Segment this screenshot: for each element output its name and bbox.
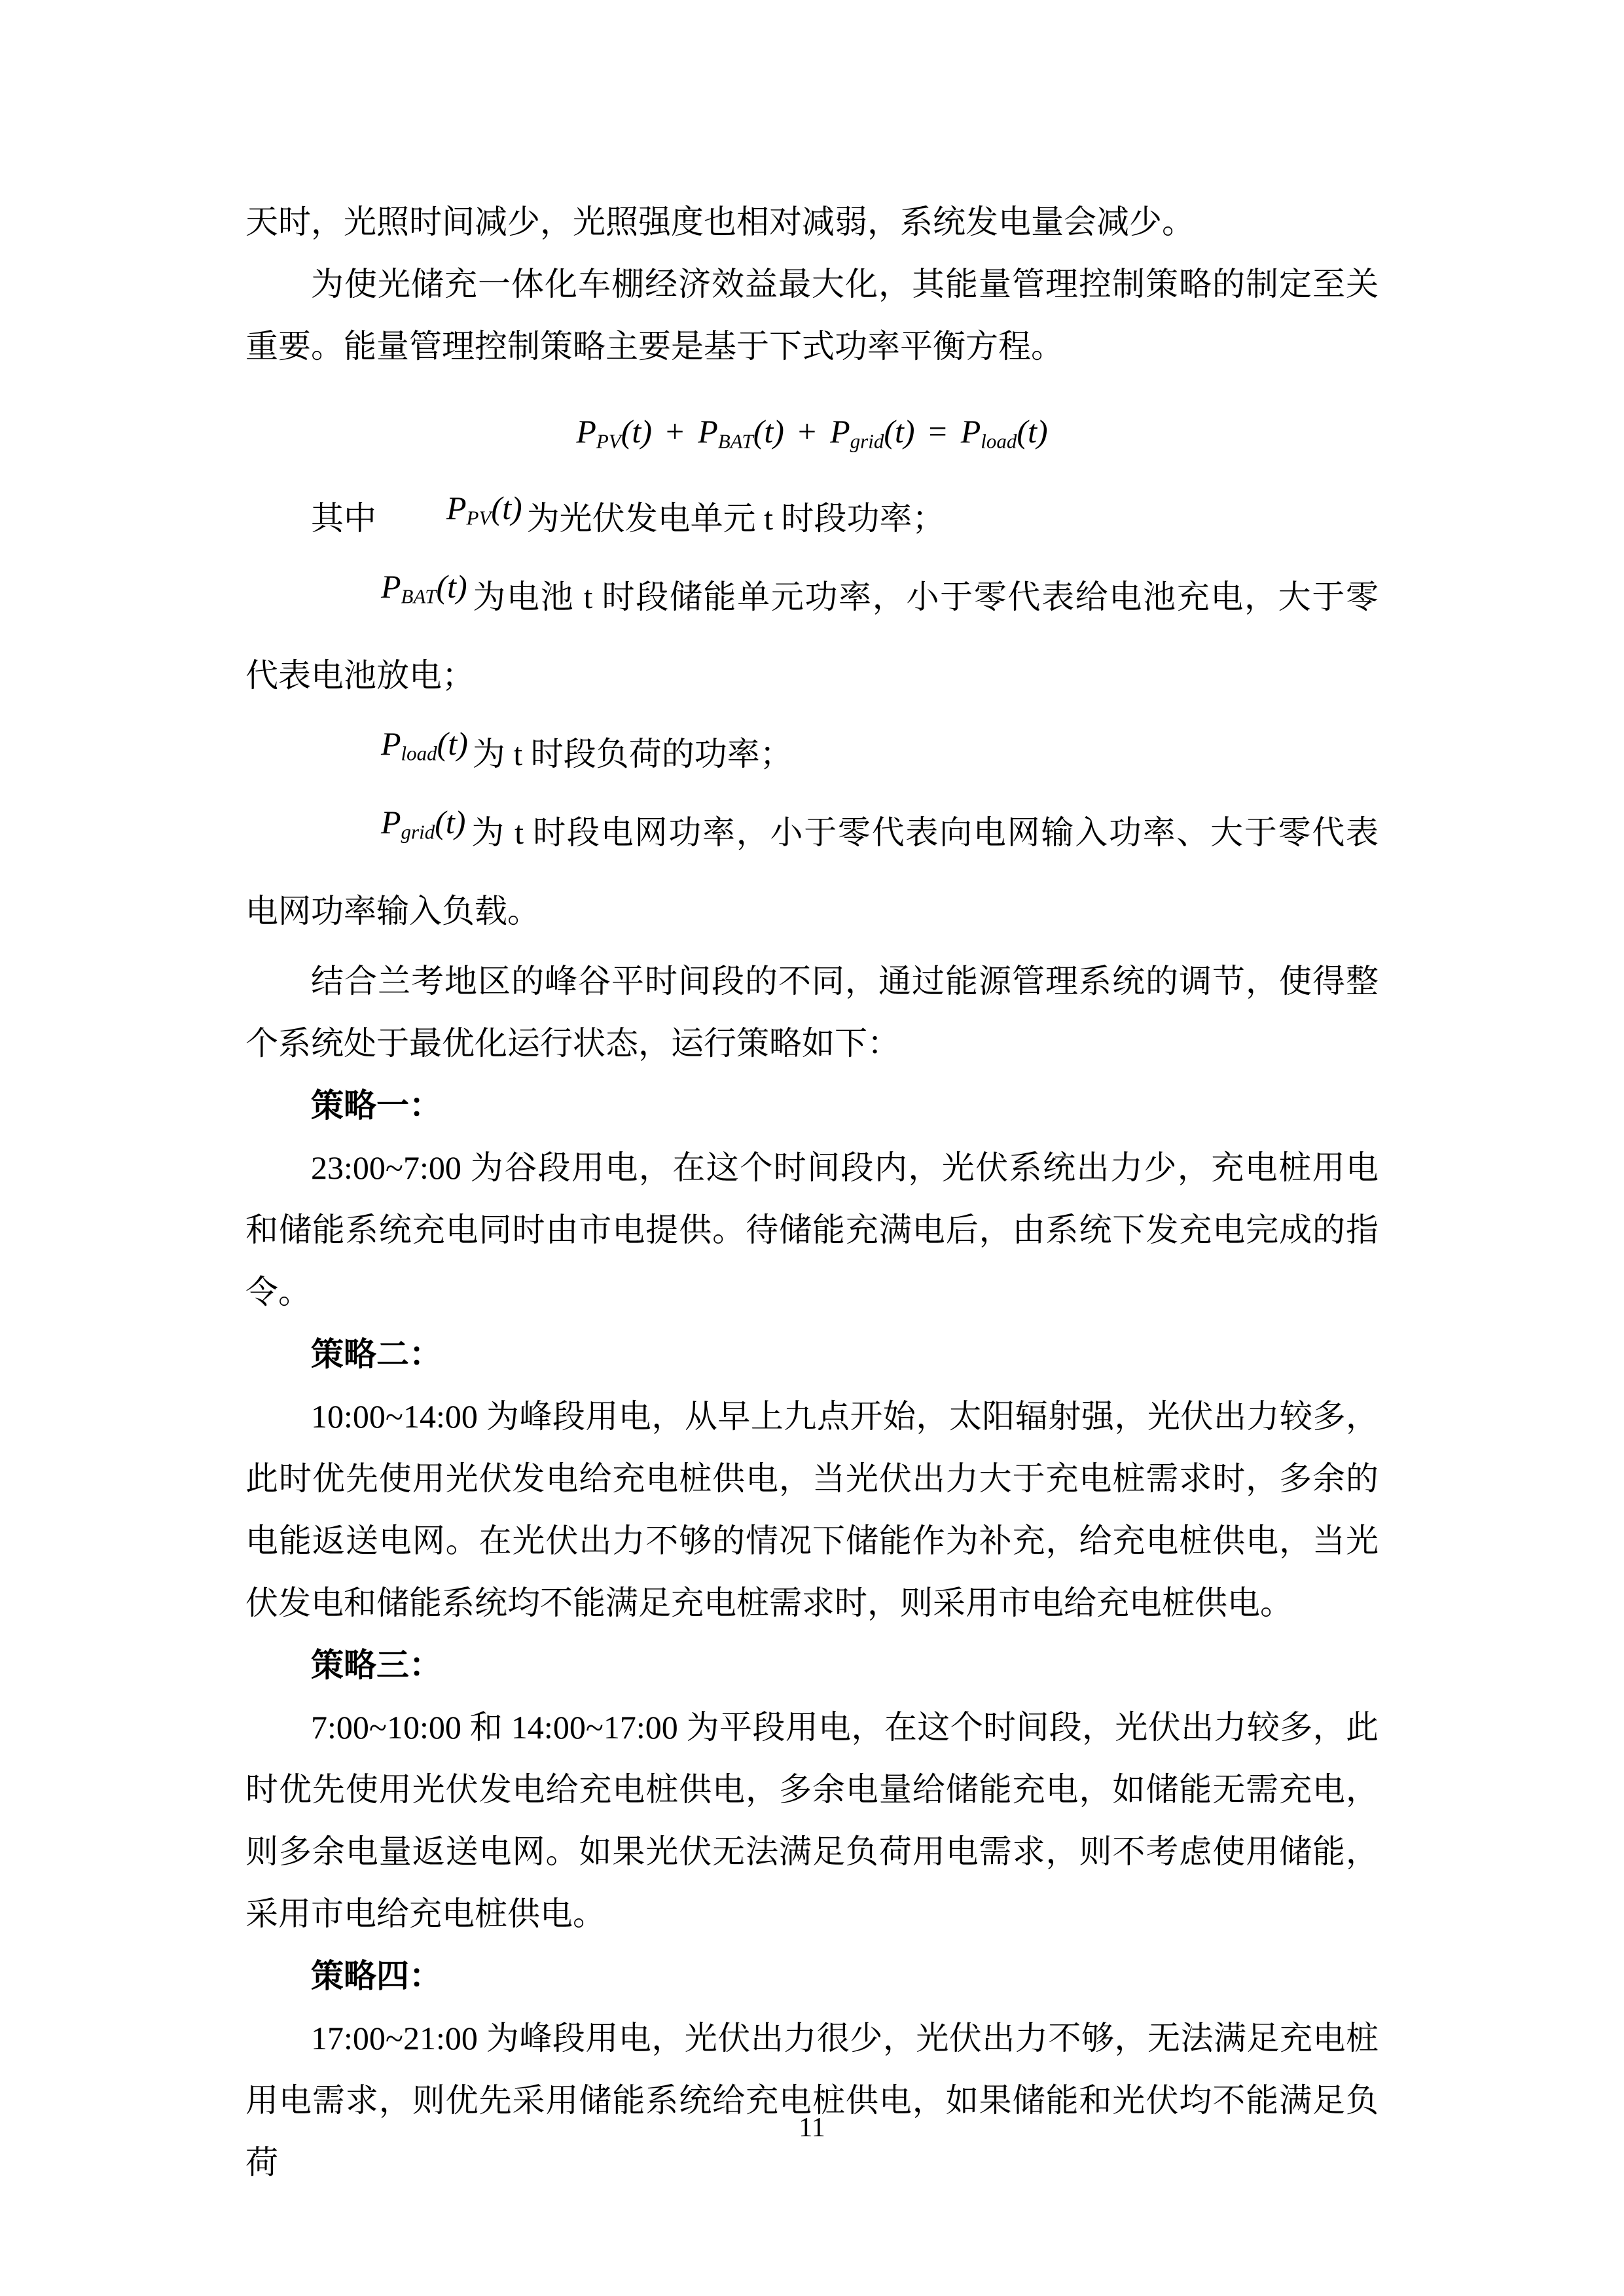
inline-formula-pv: PPV(t) (381, 508, 522, 518)
equation-term-load: Pload(t) (961, 413, 1048, 450)
strategy-1-body: 23:00~7:00 为谷段用电，在这个时间段内，光伏系统出力少，充电桩用电和储… (245, 1137, 1379, 1323)
intro-paragraph: 为使光储充一体化车棚经济效益最大化，其能量管理控制策略的制定至关重要。能量管理控… (245, 253, 1379, 378)
document-page: 天时，光照时间减少，光照强度也相对减弱，系统发电量会减少。 为使光储充一体化车棚… (0, 0, 1624, 2296)
strategy-4-body: 17:00~21:00 为峰段用电，光伏出力很少，光伏出力不够，无法满足充电桩用… (245, 2007, 1379, 2194)
plus-operator: + (798, 387, 816, 476)
plus-operator: + (666, 387, 684, 476)
definition-grid: Pgrid(t)为 t 时段电网功率，小于零代表向电网输入功率、大于零代表电网功… (245, 793, 1379, 950)
strategy-3-heading: 策略三： (245, 1634, 1379, 1696)
continuation-paragraph: 天时，光照时间减少，光照强度也相对减弱，系统发电量会减少。 (245, 191, 1379, 253)
power-balance-equation: PPV(t)+PBAT(t)+Pgrid(t)=Pload(t) (245, 387, 1379, 476)
inline-formula-load: Pload(t) (316, 744, 468, 754)
equals-operator: = (929, 387, 947, 476)
definition-prefix: 其中 (311, 500, 376, 537)
page-number: 11 (0, 2114, 1624, 2142)
definition-pv: 其中PPV(t)为光伏发电单元 t 时段功率； (245, 479, 1379, 558)
inline-formula-grid: Pgrid(t) (316, 822, 465, 833)
strategy-3-body: 7:00~10:00 和 14:00~17:00 为平段用电，在这个时间段，光伏… (245, 1696, 1379, 1945)
definition-bat: PBAT(t)为电池 t 时段储能单元功率，小于零代表给电池充电，大于零代表电池… (245, 558, 1379, 715)
equation-term-grid: Pgrid(t) (830, 413, 914, 450)
definition-load: Pload(t)为 t 时段负荷的功率； (245, 715, 1379, 793)
strategy-2-heading: 策略二： (245, 1323, 1379, 1386)
strategy-2-body: 10:00~14:00 为峰段用电，从早上九点开始，太阳辐射强，光伏出力较多，此… (245, 1386, 1379, 1634)
page-content: 天时，光照时间减少，光照强度也相对减弱，系统发电量会减少。 为使光储充一体化车棚… (245, 191, 1379, 2194)
equation-term-bat: PBAT(t) (698, 413, 784, 450)
inline-formula-bat: PBAT(t) (316, 586, 467, 597)
definition-text: 为 t 时段负荷的功率； (473, 736, 793, 772)
strategy-intro-paragraph: 结合兰考地区的峰谷平时间段的不同，通过能源管理系统的调节，使得整个系统处于最优化… (245, 950, 1379, 1075)
equation-term-pv: PPV(t) (576, 413, 652, 450)
strategy-4-heading: 策略四： (245, 1945, 1379, 2007)
definition-text: 为光伏发电单元 t 时段功率； (527, 500, 945, 537)
strategy-1-heading: 策略一： (245, 1075, 1379, 1137)
